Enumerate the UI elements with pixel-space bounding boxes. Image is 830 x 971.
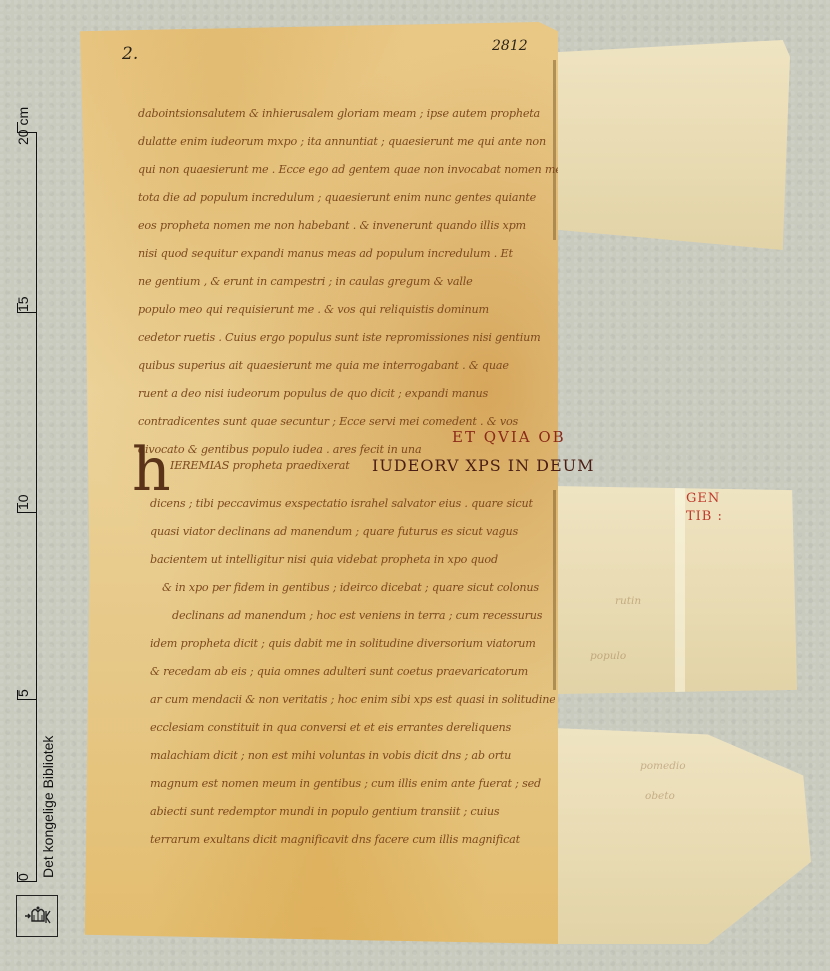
manuscript-text: dabointsionsalutem & inhierusalem gloria… [138, 100, 558, 464]
text-line: quasi viator declinans ad manendum ; qua… [150, 518, 555, 546]
text-line: quibus superius ait quaesierunt me quia … [138, 352, 558, 380]
red-annotation-line: GEN [686, 490, 723, 508]
faded-text: pomedio [640, 760, 686, 772]
tick-15 [17, 312, 37, 313]
text-line: ruent a deo nisi iudeorum populus de quo… [138, 380, 558, 408]
tick-label-15: 15 [15, 296, 31, 312]
text-line: nisi quod sequitur expandi manus meas ad… [138, 240, 558, 268]
text-line: ecclesiam constituit in qua conversi et … [150, 714, 555, 742]
text-line: malachiam dicit ; non est mihi voluntas … [150, 742, 555, 770]
text-line: terrarum exultans dicit magnificavit dns… [150, 826, 555, 854]
text-line: tota die ad populum incredulum ; quaesie… [138, 184, 558, 212]
parchment-strip-middle [553, 486, 797, 694]
parchment-strip-top [548, 40, 790, 250]
faded-text: populo [590, 650, 626, 662]
text-line: qui non quaesierunt me . Ecce ego ad gen… [138, 156, 558, 184]
tick-10 [17, 512, 37, 513]
text-line: bacientem ut intelligitur nisi quia vide… [150, 546, 555, 574]
rubric-heading: ET QVIA OB [452, 428, 566, 446]
crown-kb-logo-icon [16, 895, 58, 937]
ruler-line [36, 132, 37, 882]
tick-label-0: 0 [15, 873, 31, 881]
text-line: abiecti sunt redemptor mundi in populo g… [150, 798, 555, 826]
faded-text: rutin [615, 595, 641, 607]
text-line: idem propheta dicit ; quis dabit me in s… [150, 630, 555, 658]
text-line: ar cum mendacii & non veritatis ; hoc en… [150, 686, 555, 714]
faded-text: obeto [645, 790, 675, 802]
text-line: magnum est nomen meum in gentibus ; cum … [150, 770, 555, 798]
text-line: dabointsionsalutem & inhierusalem gloria… [138, 100, 558, 128]
tick-label-10: 10 [15, 494, 31, 510]
tick-0 [17, 881, 37, 882]
tick-label-20: 20 cm [15, 107, 31, 145]
institution-name: Det kongelige Bibliotek [40, 736, 56, 878]
text-line: & in xpo per fidem in gentibus ; ideirco… [150, 574, 555, 602]
shelfmark-number: 2812 [492, 38, 528, 54]
tick-5 [17, 699, 37, 700]
text-line: declinans ad manendum ; hoc est veniens … [150, 602, 555, 630]
text-line: cedetor ruetis . Cuius ergo populus sunt… [138, 324, 558, 352]
text-line: dicens ; tibi peccavimus exspectatio isr… [150, 490, 555, 518]
text-line: dulatte enim iudeorum mxpo ; ita annunti… [138, 128, 558, 156]
text-line: & recedam ab eis ; quia omnes adulteri s… [150, 658, 555, 686]
tick-label-5: 5 [15, 689, 31, 697]
red-annotation-line: TIB : [686, 508, 723, 526]
scale-ruler: 20 cm 15 10 5 0 Det kongelige Bibliotek [0, 0, 70, 971]
text-line: IEREMIAS propheta praedixerat [170, 452, 370, 480]
rubric-heading: IUDEORV XPS IN DEUM [372, 456, 595, 475]
text-line: populo meo qui requisierunt me . & vos q… [138, 296, 558, 324]
text-line: ne gentium , & erunt in campestri ; in c… [138, 268, 558, 296]
text-line: eos propheta nomen me non habebant . & i… [138, 212, 558, 240]
manuscript-text-continued: dicens ; tibi peccavimus exspectatio isr… [150, 490, 555, 854]
red-annotation: GEN TIB : [686, 490, 723, 526]
folio-number: 2. [122, 44, 138, 64]
